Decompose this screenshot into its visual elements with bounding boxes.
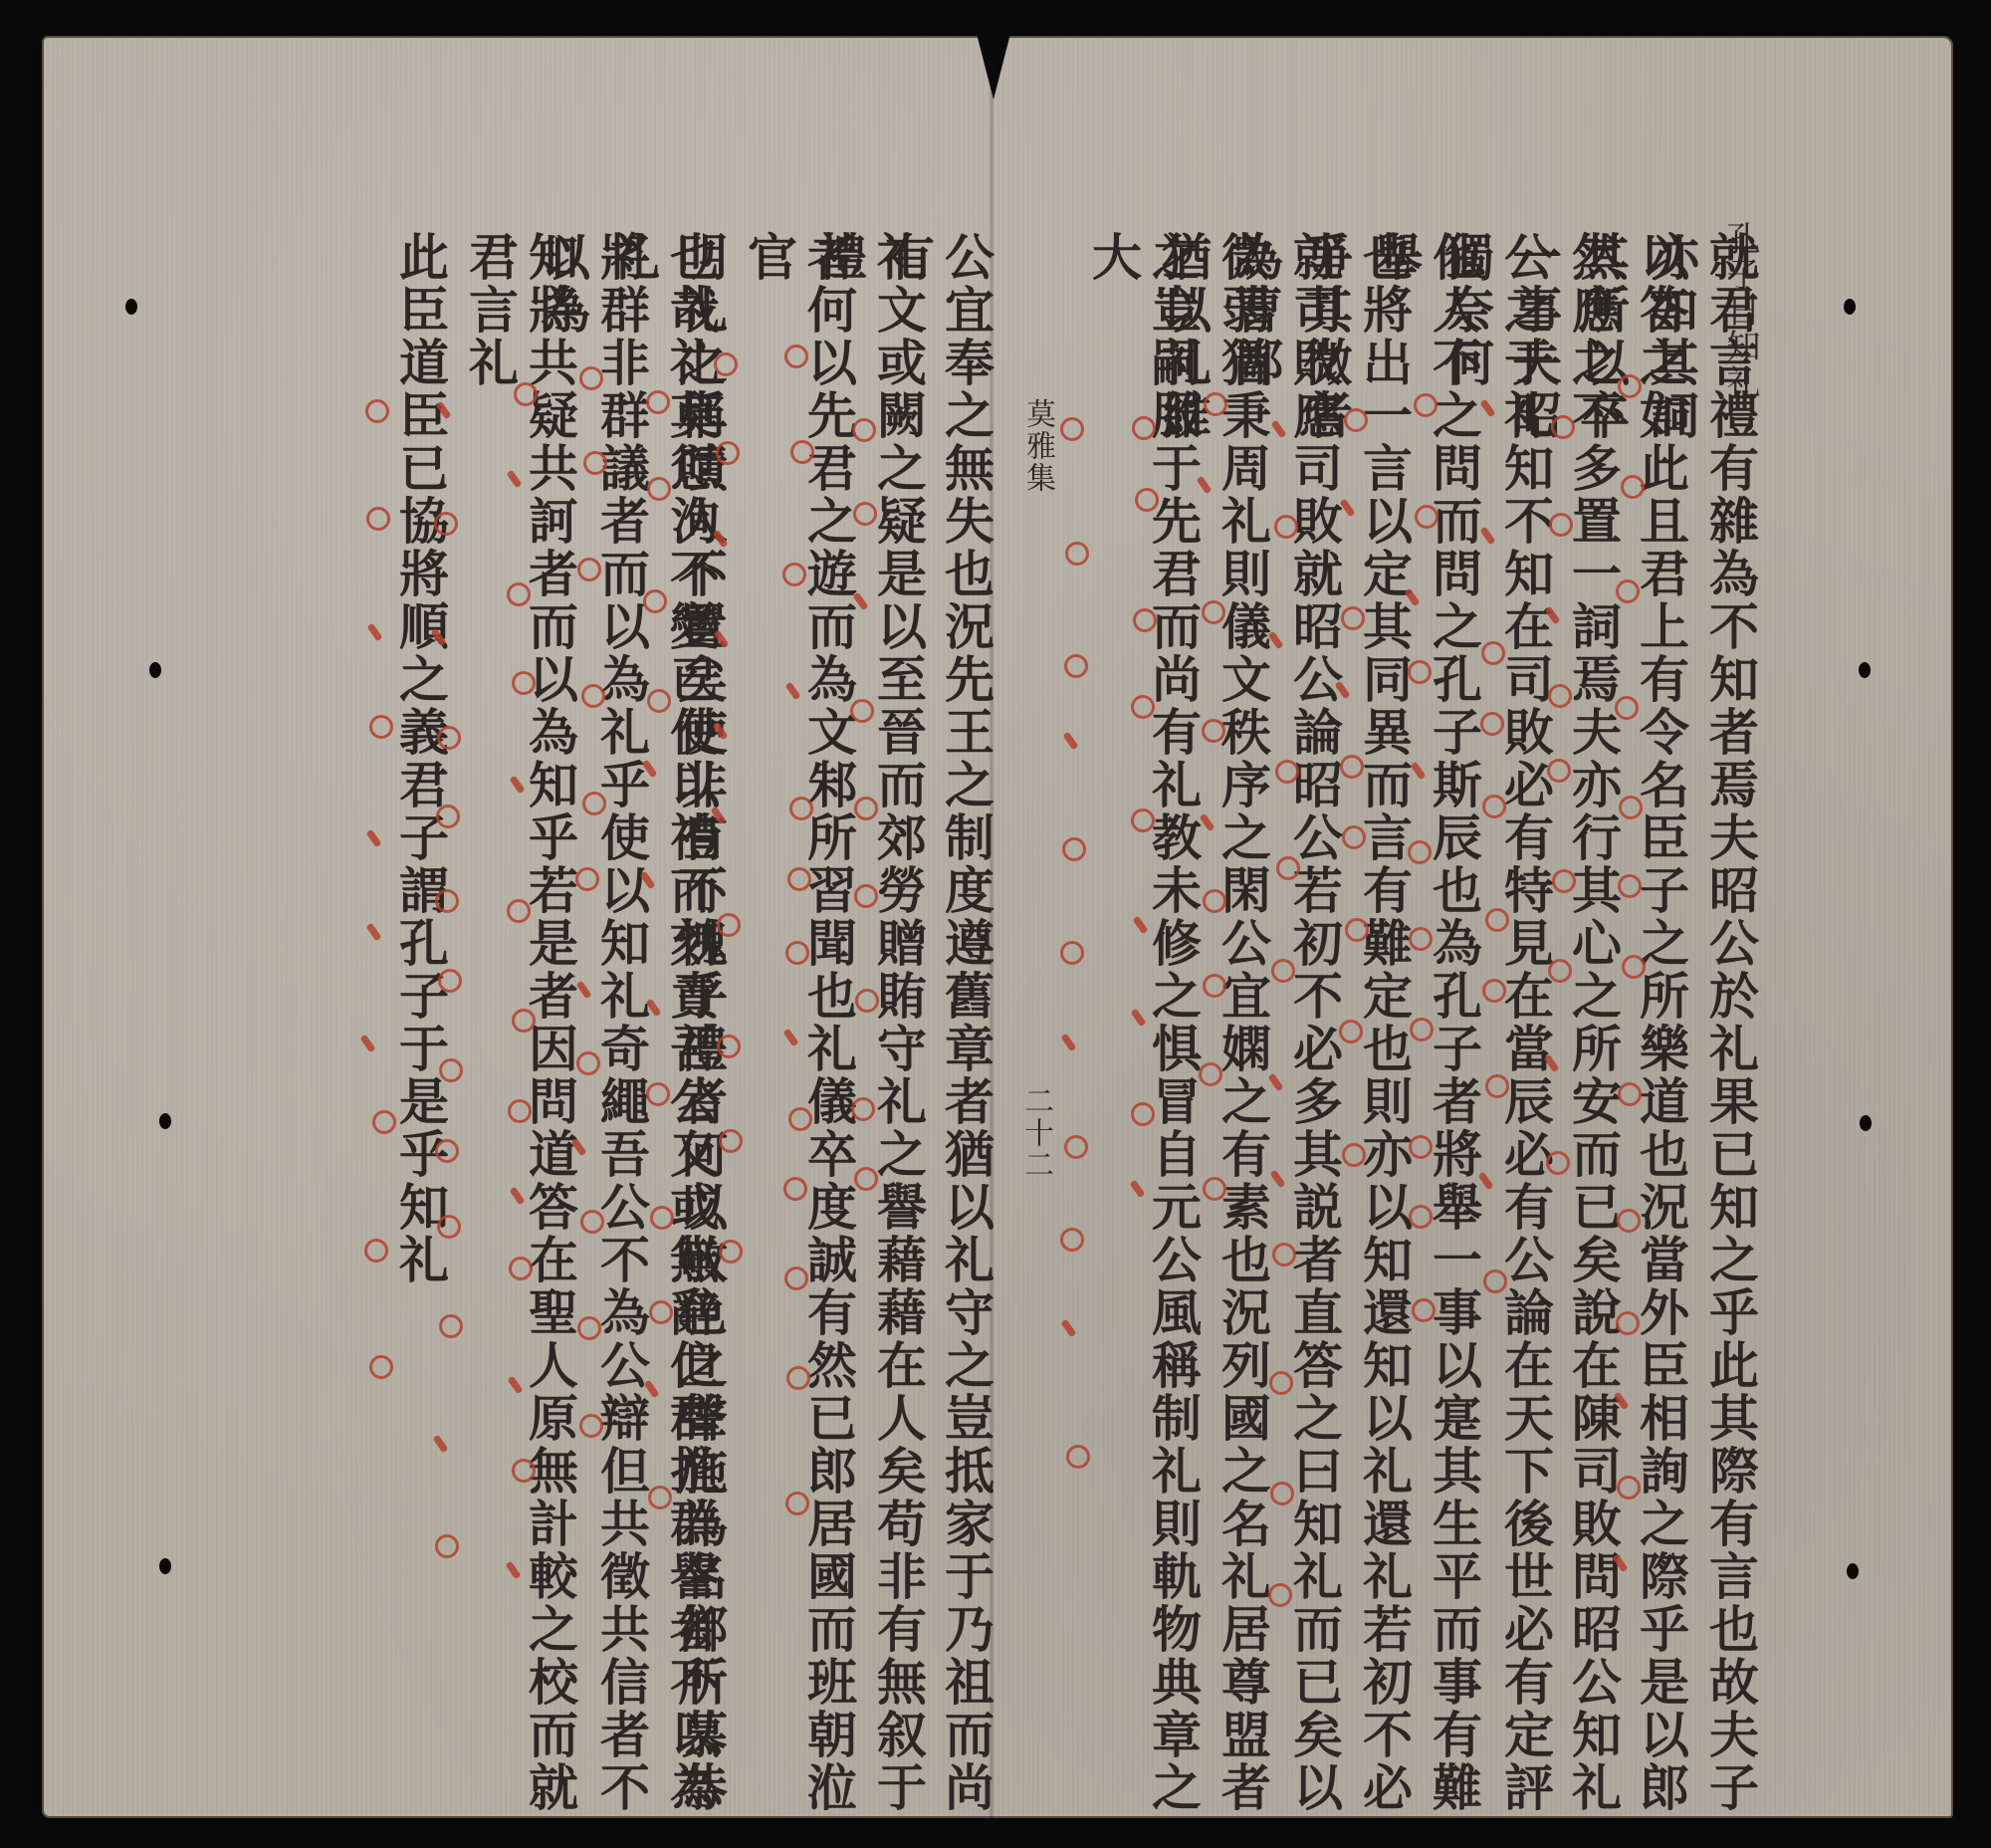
red-circle-mark [1274,515,1298,539]
red-circle-mark [1064,1135,1088,1159]
red-circle-mark [1482,979,1506,1003]
red-circle-mark [372,1110,396,1134]
red-circle-mark [1060,1228,1084,1252]
red-circle-mark [855,989,879,1013]
text-column: 之豈嗣服于先君而尚有礼教未修之惧冒自元公風稱制礼則軌物典章之大 [1083,231,1203,1848]
red-circle-mark [1485,908,1509,932]
red-circle-mark [1270,1482,1294,1505]
red-circle-mark [785,1492,809,1515]
red-circle-mark [1480,712,1504,736]
red-circle-mark [784,1267,808,1290]
text-column: 此臣道臣已協將順之義君子謂孔子于是乎知礼 [390,231,450,1286]
red-circle-mark [514,382,538,406]
binding-hole [1860,1115,1872,1131]
red-circle-mark [364,1239,388,1263]
red-circle-mark [1275,760,1299,784]
red-circle-mark [719,1129,743,1153]
red-circle-mark [1064,654,1088,678]
red-circle-mark [1131,808,1155,832]
red-circle-mark [1344,408,1368,432]
red-circle-mark [1409,927,1433,951]
red-circle-mark [1615,696,1639,720]
binding-hole [125,299,137,315]
red-circle-mark [1548,684,1572,708]
red-circle-mark [435,1534,459,1558]
red-circle-mark [1412,1298,1436,1322]
red-circle-mark [650,1206,674,1230]
red-circle-mark [1062,837,1086,861]
book-title-column: 莫雅集 [1007,398,1067,494]
red-circle-mark [365,399,389,423]
red-circle-mark [782,563,806,586]
red-circle-mark [1272,1243,1296,1267]
red-circle-mark [1268,1583,1292,1607]
fold-notch [976,30,1011,100]
red-circle-mark [1546,1151,1570,1175]
red-circle-mark [1409,1135,1433,1159]
red-circle-mark [790,440,814,464]
red-circle-mark [1622,955,1646,979]
red-circle-mark [854,797,878,820]
red-circle-mark [583,451,607,475]
red-circle-mark [1276,856,1300,880]
red-circle-mark [1135,488,1159,512]
red-circle-mark [1340,755,1364,779]
red-circle-mark [646,1082,670,1106]
binding-hole [1844,299,1856,315]
red-circle-mark [582,792,606,815]
red-circle-mark [714,352,738,376]
red-circle-mark [1618,1082,1642,1106]
red-circle-mark [717,913,741,937]
red-circle-mark [788,1107,812,1131]
red-circle-mark [786,1366,810,1390]
red-circle-mark [1131,695,1155,719]
red-circle-mark [1414,393,1438,417]
binding-hole [159,1113,171,1129]
red-circle-mark [509,1257,533,1280]
red-circle-mark [369,1355,393,1379]
red-circle-mark [1342,1143,1366,1167]
red-circle-mark [1342,825,1366,849]
red-circle-mark [851,1097,875,1121]
red-circle-mark [1618,374,1642,398]
binding-hole [1847,1563,1859,1579]
red-circle-mark [1551,415,1575,439]
red-circle-mark [1066,1445,1090,1469]
red-circle-mark [508,1099,532,1123]
red-circle-mark [439,1314,463,1338]
red-circle-mark [512,671,536,695]
red-circle-mark [1552,869,1576,893]
red-circle-mark [1548,959,1572,983]
red-circle-mark [435,889,459,913]
text-column: 知將共疑共訶者而以為知乎若是者因問道答在聖人原無計較之校而就君言礼 [460,231,579,1848]
red-circle-mark [366,507,390,531]
red-circle-mark [1549,513,1573,537]
red-circle-mark [1202,600,1225,624]
red-circle-mark [577,1316,601,1340]
red-circle-mark [1341,606,1365,630]
red-circle-mark [719,1240,743,1264]
red-circle-mark [507,899,531,923]
red-circle-mark [1131,1102,1155,1126]
red-circle-mark [646,390,670,414]
red-circle-mark [1483,1270,1507,1293]
red-circle-mark [647,477,671,501]
red-circle-mark [1485,1074,1509,1098]
red-circle-mark [852,418,876,442]
red-circle-mark [579,1414,603,1438]
red-circle-mark [1203,974,1226,998]
red-circle-mark [1203,889,1226,913]
red-circle-mark [435,1139,459,1163]
red-circle-mark [577,558,601,581]
red-circle-mark [575,867,599,891]
binding-hole [149,662,161,678]
red-circle-mark [1415,505,1438,529]
red-circle-mark [512,1459,536,1483]
page-number: 二十二 [1005,1085,1065,1181]
red-circle-mark [854,1167,878,1191]
red-circle-mark [1339,1020,1363,1043]
red-circle-mark [1060,941,1084,965]
red-circle-mark [1481,641,1505,665]
red-circle-mark [648,1486,672,1509]
binding-hole [159,1558,171,1574]
red-circle-mark [437,1215,461,1239]
red-circle-mark [369,715,393,739]
red-circle-mark [1617,1476,1641,1500]
red-circle-mark [507,582,531,606]
red-circle-mark [717,1035,741,1058]
text-column: 者何以先君之遊而為文邾所習聞也礼儀卒度誠有然已郎居國而班朝涖官 [739,231,858,1848]
red-circle-mark [580,1210,604,1234]
red-circle-mark [581,684,605,708]
red-circle-mark [1409,1205,1433,1229]
red-circle-mark [1621,475,1645,499]
red-circle-mark [438,969,462,993]
red-circle-mark [785,941,809,965]
binding-hole [1859,662,1871,678]
